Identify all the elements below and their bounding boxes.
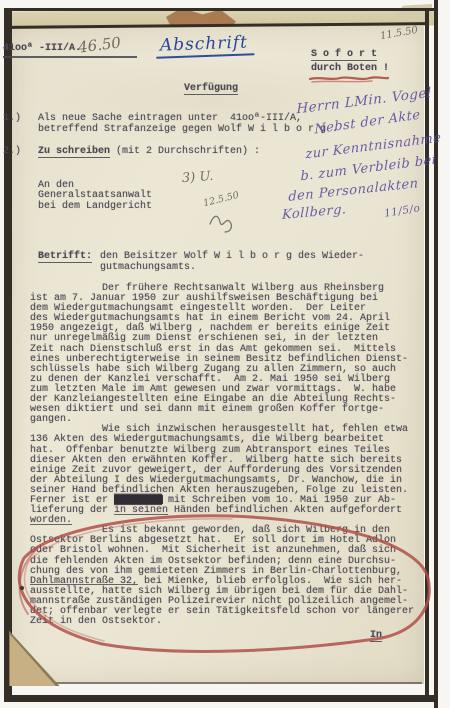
- body-line: wesen diktiert und sei dann mit einem gr…: [30, 405, 428, 415]
- subject-line: gutmachungsamts.: [100, 263, 196, 273]
- recipient-address: An denGeneralstaatsanwaltbei dem Landger…: [38, 181, 152, 212]
- catchword: In: [370, 631, 382, 642]
- paper-bottom-edge: [12, 682, 422, 684]
- item-2-rest: (mit 2 Durchschriften) :: [110, 146, 260, 157]
- item-1-text: Als neue Sache eintragen unter 41ooª-III…: [38, 114, 338, 136]
- photo-frame-edge: [4, 695, 438, 702]
- body-line: 136 Akten des Wiedergutmachungsamts, die…: [30, 435, 428, 445]
- betrifft-label: Betrifft:: [38, 252, 92, 263]
- item-1-number: 1.): [3, 114, 21, 124]
- red-circle-annotation: [2, 498, 448, 668]
- scanned-document-photo: 41ooª -III/A. 46.50 Abschrift 11.5.50 S …: [0, 0, 450, 708]
- photo-frame-edge: [4, 8, 438, 11]
- pencil-note-item: 3) U.: [182, 169, 214, 186]
- pencil-squiggle: [207, 210, 241, 236]
- subject-line: den Beisitzer Wolf W i l b o r g des Wie…: [100, 252, 364, 262]
- item-2-text: Zu schreiben (mit 2 Durchschriften) :: [38, 147, 260, 157]
- document-heading: Verfügung: [184, 84, 238, 95]
- urgency-label: S o f o r t: [311, 50, 377, 61]
- reference-number: 41ooª -III/A.: [3, 43, 81, 54]
- recipient-line: bei dem Landgericht: [38, 202, 152, 212]
- ink-dot: [20, 586, 24, 590]
- item-2-number: 2.): [3, 147, 21, 157]
- body-paragraph-1: Der frühere Rechtsanwalt Wilberg aus Rhe…: [30, 284, 428, 425]
- red-underline-mark: [308, 74, 392, 86]
- item-2-underlined: Zu schreiben: [38, 146, 110, 158]
- item-1-line: betreffend Strafanzeige gegen Wolf W i l…: [38, 125, 338, 136]
- delivery-label: durch Boten !: [311, 64, 389, 74]
- abschrift-annotation: Abschrift: [156, 32, 255, 58]
